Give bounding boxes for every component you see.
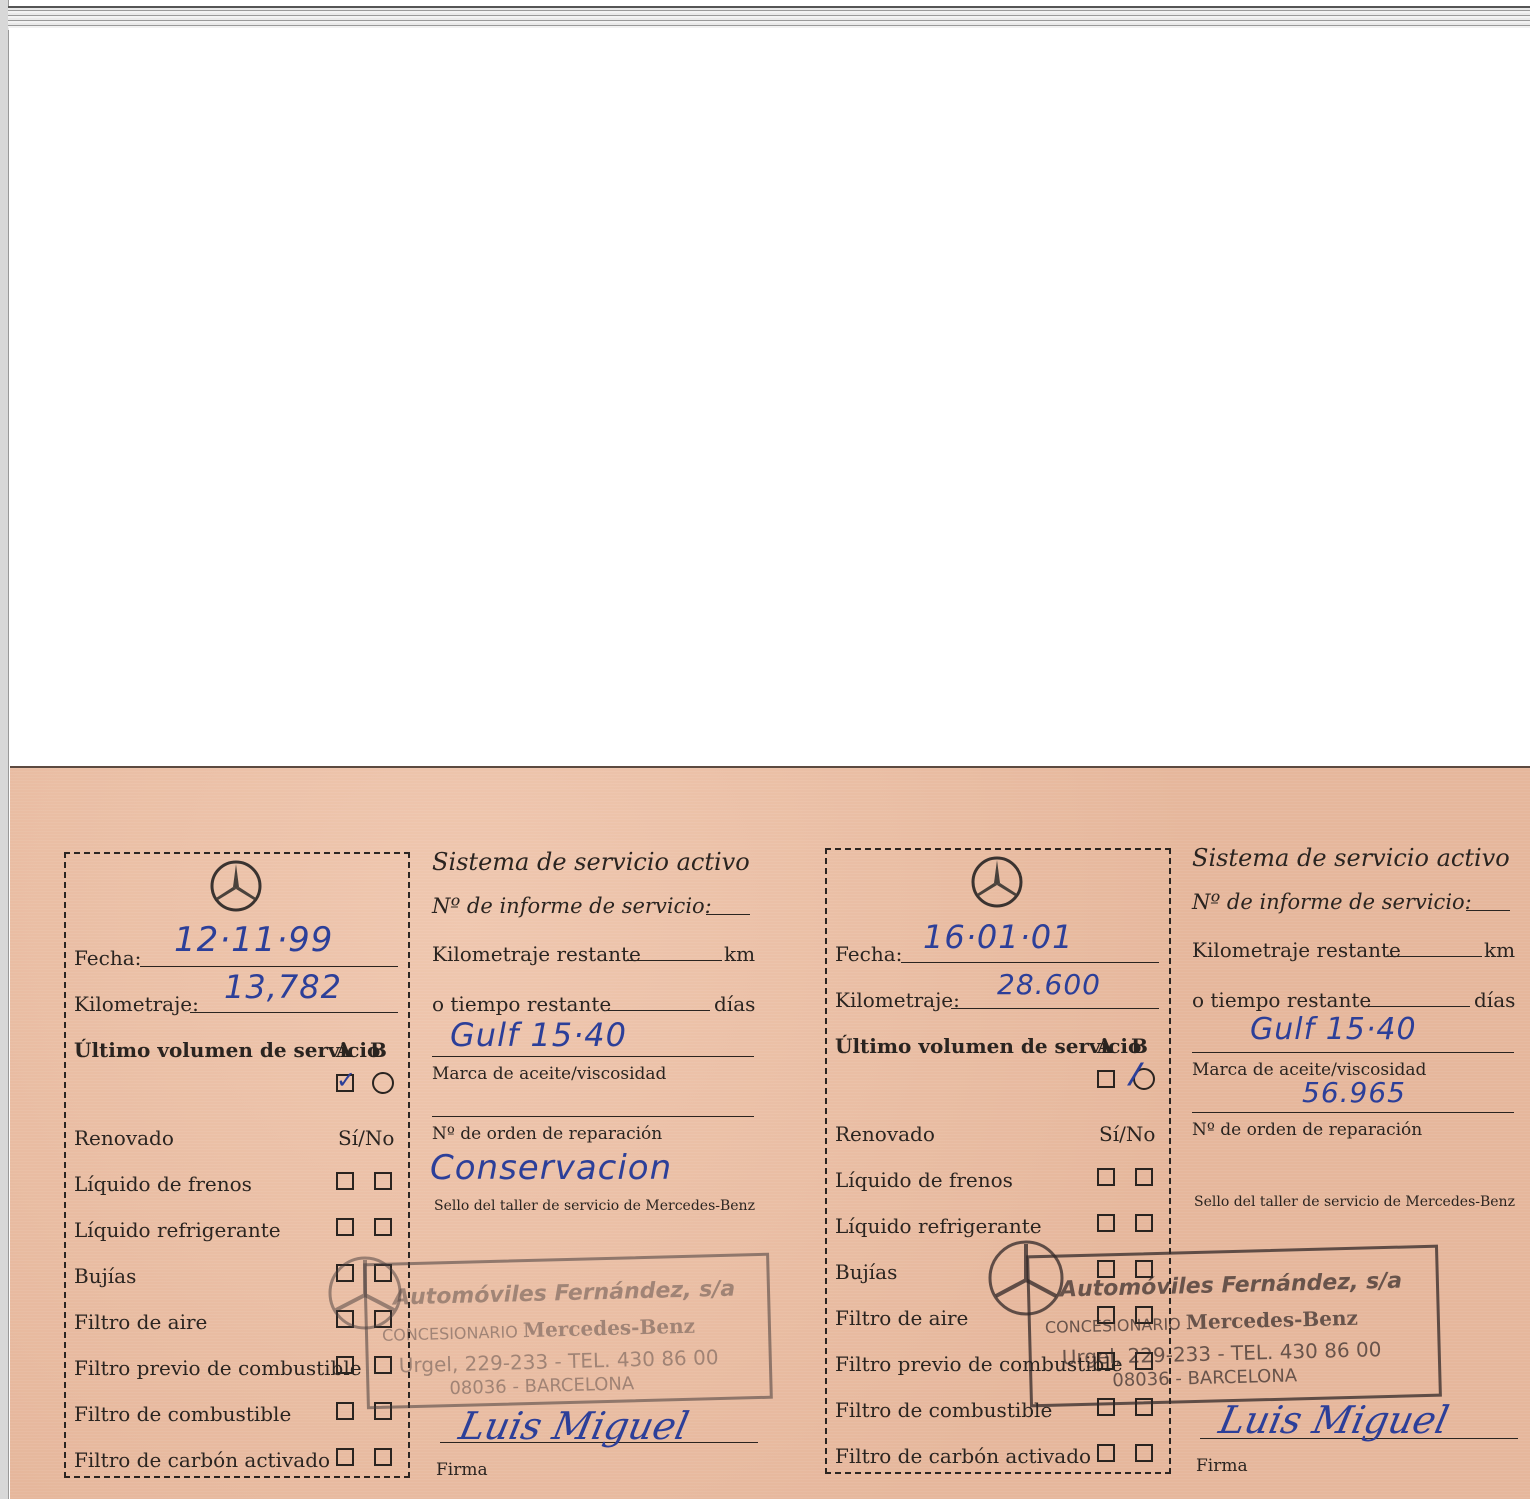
page-left-edge bbox=[0, 0, 9, 1499]
sello-label: Sello del taller de servicio de Mercedes… bbox=[434, 1198, 755, 1214]
item-bujias: Bujías bbox=[74, 1264, 136, 1288]
kilometraje-value[interactable]: 13,782 bbox=[224, 968, 342, 1006]
item-filtro-previo: Filtro previo de combustible bbox=[74, 1356, 362, 1380]
informe-label: Nº de informe de servicio: bbox=[432, 894, 712, 918]
item-filtro-carbon: Filtro de carbón activado bbox=[835, 1444, 1091, 1468]
renovado-label: Renovado bbox=[835, 1122, 935, 1146]
orden-reparacion-label: Nº de orden de reparación bbox=[1192, 1120, 1422, 1140]
filtro-carbon-no-checkbox[interactable] bbox=[374, 1448, 392, 1466]
sello-label: Sello del taller de servicio de Mercedes… bbox=[1194, 1194, 1515, 1210]
mercedes-star-icon bbox=[209, 859, 263, 913]
liquido-refrigerante-no-checkbox[interactable] bbox=[1135, 1214, 1153, 1232]
filtro-carbon-si-checkbox[interactable] bbox=[1097, 1444, 1115, 1462]
col-b-label: B bbox=[1131, 1034, 1148, 1058]
service-card-2: Fecha: 16·01·01 Kilometraje: 28.600 Últi… bbox=[770, 768, 1530, 1499]
firma-label: Firma bbox=[436, 1460, 488, 1480]
filtro-carbon-si-checkbox[interactable] bbox=[336, 1448, 354, 1466]
service-record-box: Fecha: 12·11·99 Kilometraje: 13,782 Últi… bbox=[64, 852, 410, 1478]
service-b-radio[interactable] bbox=[372, 1072, 394, 1094]
oil-brand-value[interactable]: Gulf 15·40 bbox=[450, 1016, 627, 1054]
item-filtro-combustible: Filtro de combustible bbox=[835, 1398, 1052, 1422]
item-liquido-frenos: Líquido de frenos bbox=[74, 1172, 252, 1196]
stamp-mercedes-star-icon bbox=[326, 1254, 404, 1332]
stamp-line4: 08036 - BARCELONA bbox=[449, 1373, 634, 1399]
page-stack-edge bbox=[8, 6, 1530, 30]
dealer-stamp: Automóviles Fernández, s/a CONCESIONARIO… bbox=[363, 1253, 773, 1410]
fecha-line bbox=[140, 966, 398, 967]
oil-line bbox=[1192, 1052, 1514, 1053]
renovado-label: Renovado bbox=[74, 1126, 174, 1150]
tiempo-restante-line bbox=[1366, 1006, 1470, 1007]
ultimo-volumen-label: Último volumen de servicio bbox=[74, 1038, 380, 1062]
orden-reparacion-label: Nº de orden de reparación bbox=[432, 1124, 662, 1144]
tiempo-restante-label: o tiempo restante bbox=[432, 992, 611, 1016]
kilometraje-line bbox=[190, 1012, 398, 1013]
stamp-line4: 08036 - BARCELONA bbox=[1112, 1365, 1297, 1391]
signature: Luis Miguel bbox=[455, 1404, 692, 1448]
stamp-mercedes-star-icon bbox=[986, 1238, 1066, 1318]
filtro-carbon-no-checkbox[interactable] bbox=[1135, 1444, 1153, 1462]
item-liquido-frenos: Líquido de frenos bbox=[835, 1168, 1013, 1192]
check-mark-icon: ✓ bbox=[336, 1066, 356, 1094]
liquido-frenos-no-checkbox[interactable] bbox=[374, 1172, 392, 1190]
order-number-value[interactable]: 56.965 bbox=[1302, 1076, 1406, 1109]
dias-unit: días bbox=[714, 992, 755, 1016]
km-unit: km bbox=[1484, 938, 1515, 962]
item-liquido-refrigerante: Líquido refrigerante bbox=[74, 1218, 281, 1242]
service-card-1: Fecha: 12·11·99 Kilometraje: 13,782 Últi… bbox=[10, 768, 770, 1499]
km-unit: km bbox=[724, 942, 755, 966]
km-restante-label: Kilometraje restante bbox=[1192, 938, 1401, 962]
stamp-line3: Urgel, 229-233 - TEL. 430 86 00 bbox=[1061, 1337, 1381, 1369]
stamp-line3: Urgel, 229-233 - TEL. 430 86 00 bbox=[399, 1345, 719, 1377]
item-filtro-aire: Filtro de aire bbox=[835, 1306, 968, 1330]
informe-label: Nº de informe de servicio: bbox=[1192, 890, 1472, 914]
fecha-line bbox=[901, 962, 1159, 963]
oil-line bbox=[432, 1056, 754, 1057]
filtro-previo-si-checkbox[interactable] bbox=[336, 1356, 354, 1374]
km-restante-label: Kilometraje restante bbox=[432, 942, 641, 966]
km-restante-line bbox=[1386, 956, 1482, 957]
col-a-label: A bbox=[336, 1038, 352, 1062]
kilometraje-line bbox=[951, 1008, 1159, 1009]
marca-aceite-label: Marca de aceite/viscosidad bbox=[432, 1064, 666, 1084]
item-liquido-refrigerante: Líquido refrigerante bbox=[835, 1214, 1042, 1238]
liquido-frenos-si-checkbox[interactable] bbox=[336, 1172, 354, 1190]
item-filtro-aire: Filtro de aire bbox=[74, 1310, 207, 1334]
si-no-label: Sí/No bbox=[338, 1126, 394, 1150]
item-filtro-carbon: Filtro de carbón activado bbox=[74, 1448, 330, 1472]
blank-page bbox=[9, 28, 1530, 768]
sistema-title: Sistema de servicio activo bbox=[432, 848, 750, 876]
informe-line bbox=[1466, 910, 1510, 911]
slash-mark-icon: ⁄ bbox=[1133, 1058, 1138, 1093]
oil-brand-value[interactable]: Gulf 15·40 bbox=[1250, 1012, 1417, 1047]
fecha-label: Fecha: bbox=[835, 942, 902, 966]
service-booklet-page: Fecha: 12·11·99 Kilometraje: 13,782 Últi… bbox=[10, 766, 1530, 1499]
mercedes-star-icon bbox=[970, 855, 1024, 909]
filtro-combustible-si-checkbox[interactable] bbox=[336, 1402, 354, 1420]
liquido-frenos-si-checkbox[interactable] bbox=[1097, 1168, 1115, 1186]
orden-line bbox=[432, 1116, 754, 1117]
stamp-line2: CONCESIONARIO Mercedes-Benz bbox=[382, 1314, 696, 1346]
fecha-value[interactable]: 16·01·01 bbox=[923, 918, 1074, 956]
dias-unit: días bbox=[1474, 988, 1515, 1012]
kilometraje-label: Kilometraje: bbox=[835, 988, 960, 1012]
service-a-checkbox[interactable] bbox=[1097, 1070, 1115, 1088]
informe-line bbox=[706, 914, 750, 915]
item-filtro-combustible: Filtro de combustible bbox=[74, 1402, 291, 1426]
stamp-line2: CONCESIONARIO Mercedes-Benz bbox=[1045, 1306, 1359, 1338]
firma-label: Firma bbox=[1196, 1456, 1248, 1476]
tiempo-restante-line bbox=[606, 1010, 710, 1011]
signature: Luis Miguel bbox=[1215, 1398, 1452, 1442]
stamp-line1: Automóviles Fernández, s/a bbox=[1060, 1269, 1403, 1303]
kilometraje-label: Kilometraje: bbox=[74, 992, 199, 1016]
stamp-note-value[interactable]: Conservacion bbox=[430, 1148, 672, 1188]
liquido-refrigerante-si-checkbox[interactable] bbox=[1097, 1214, 1115, 1232]
dealer-stamp: Automóviles Fernández, s/a CONCESIONARIO… bbox=[1026, 1245, 1442, 1408]
liquido-refrigerante-no-checkbox[interactable] bbox=[374, 1218, 392, 1236]
sistema-title: Sistema de servicio activo bbox=[1192, 844, 1510, 872]
col-a-label: A bbox=[1097, 1034, 1113, 1058]
item-bujias: Bujías bbox=[835, 1260, 897, 1284]
stamp-line1: Automóviles Fernández, s/a bbox=[393, 1277, 736, 1311]
fecha-label: Fecha: bbox=[74, 946, 141, 970]
orden-line bbox=[1192, 1112, 1514, 1113]
si-no-label: Sí/No bbox=[1099, 1122, 1155, 1146]
liquido-refrigerante-si-checkbox[interactable] bbox=[336, 1218, 354, 1236]
km-restante-line bbox=[626, 960, 722, 961]
fecha-value[interactable]: 12·11·99 bbox=[174, 920, 333, 960]
col-b-label: B bbox=[370, 1038, 387, 1062]
liquido-frenos-no-checkbox[interactable] bbox=[1135, 1168, 1153, 1186]
kilometraje-value[interactable]: 28.600 bbox=[997, 968, 1101, 1001]
ultimo-volumen-label: Último volumen de servicio bbox=[835, 1034, 1141, 1058]
tiempo-restante-label: o tiempo restante bbox=[1192, 988, 1371, 1012]
